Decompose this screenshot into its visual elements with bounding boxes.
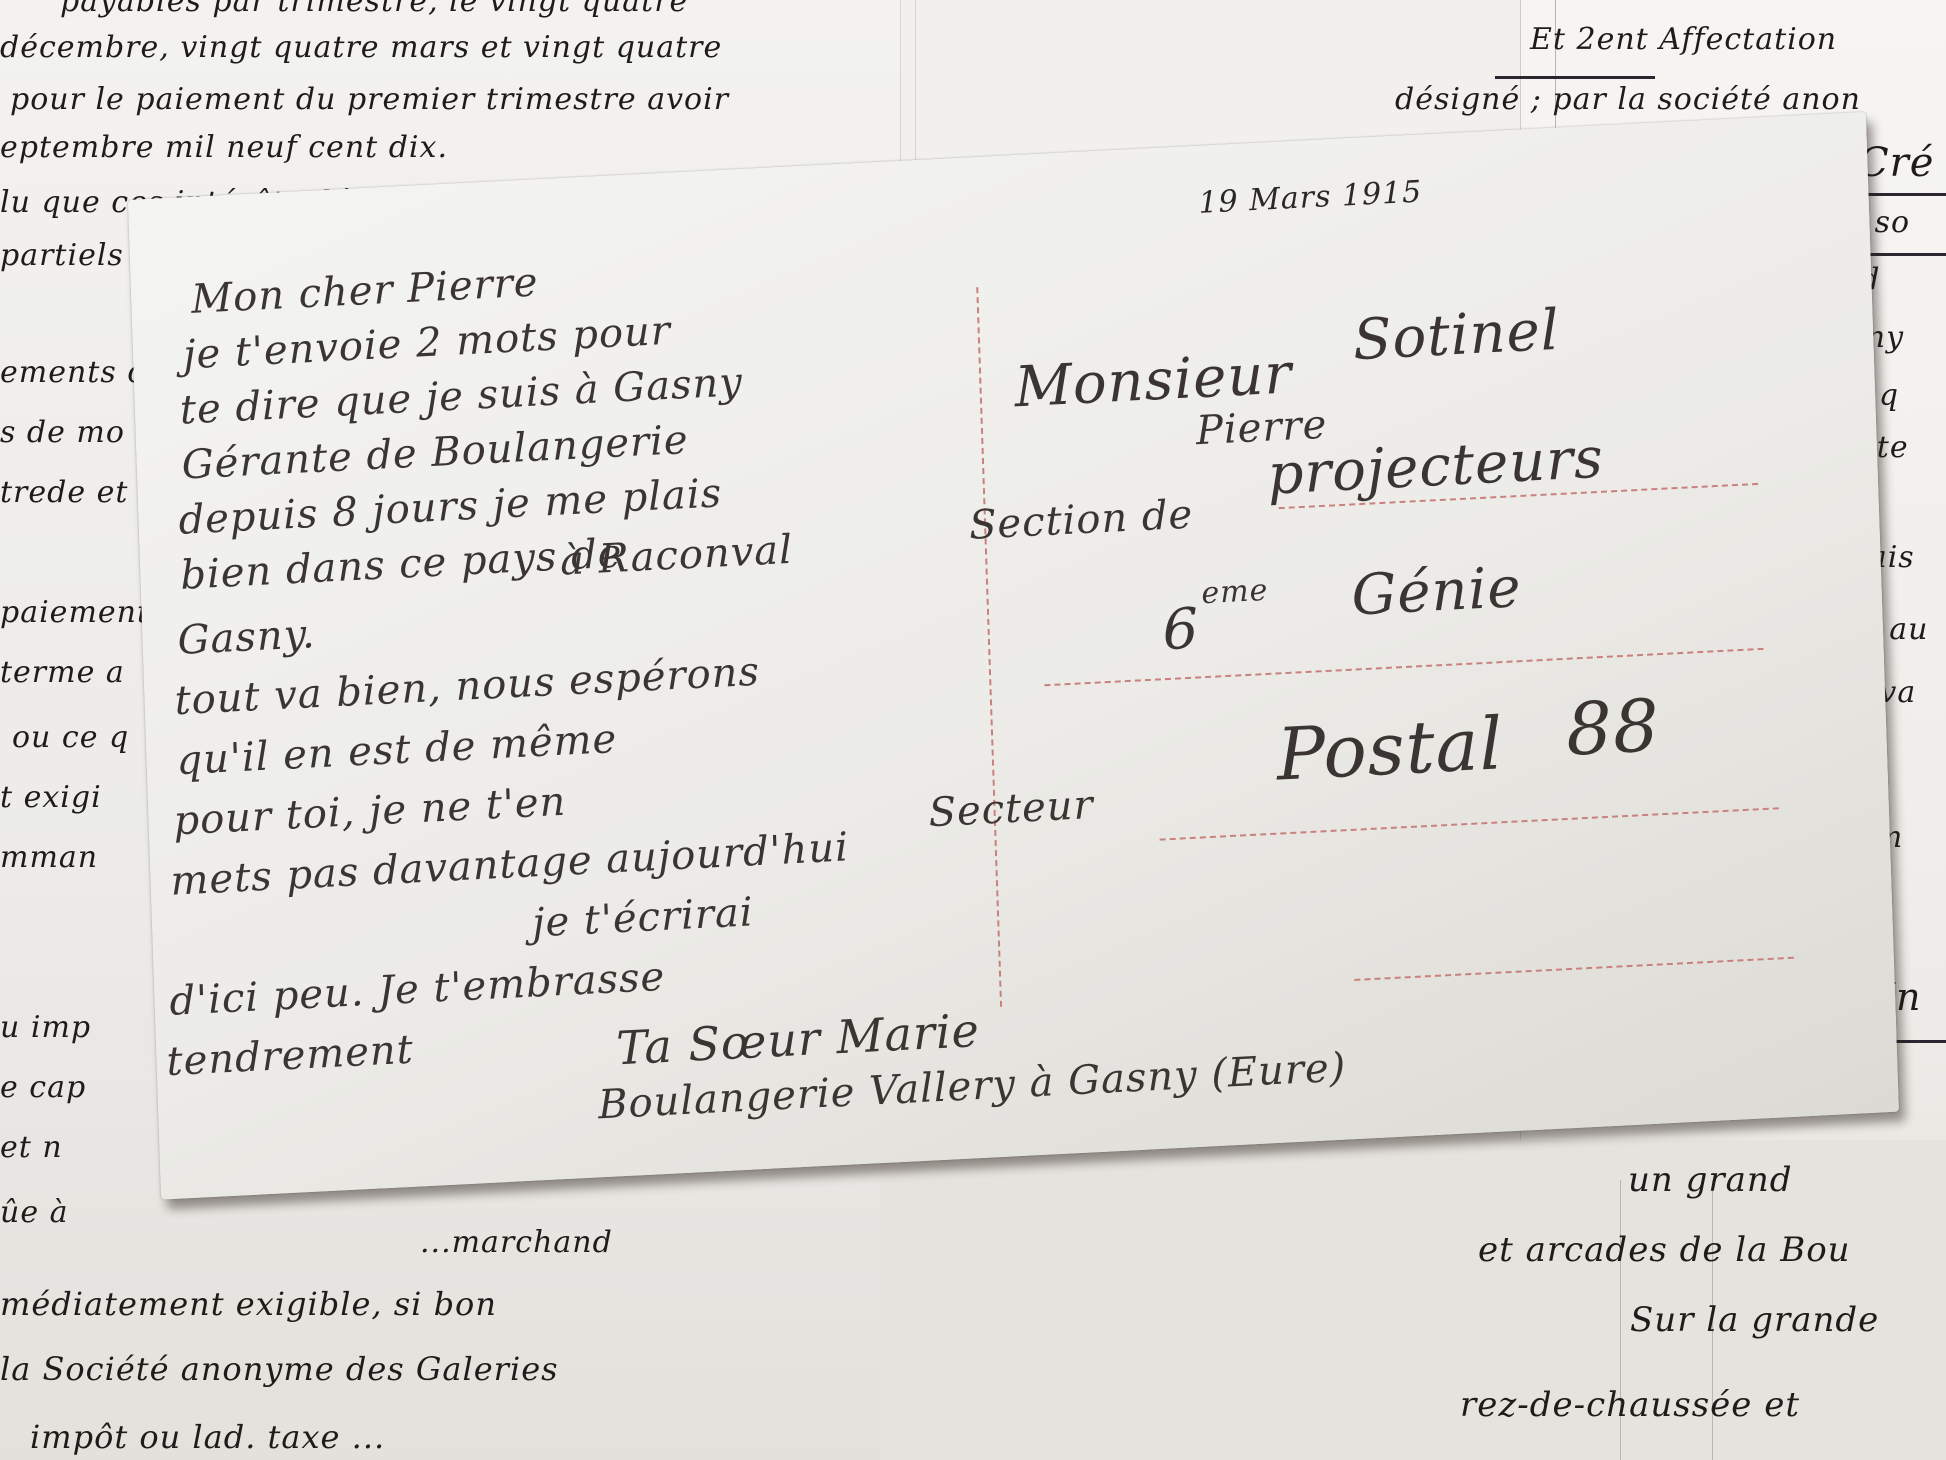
document-text-line: eptembre mil neuf cent dix.: [0, 130, 448, 165]
document-margin-fragment: trede et p: [0, 475, 159, 510]
address-guideline: [1354, 957, 1794, 981]
document-margin-fragment: u imp: [0, 1010, 91, 1045]
document-text-line: payables par trimestre, le vingt quatre: [60, 0, 688, 19]
sector-label: Secteur: [928, 782, 1094, 836]
signature: Ta Sœur Marie: [615, 1003, 980, 1075]
regiment-corps: Génie: [1351, 555, 1523, 629]
document-margin-fragment: terme a: [0, 655, 125, 690]
postcard: 19 Mars 1915 Mon cher Pierre je t'envoie…: [128, 112, 1899, 1200]
address-guideline: [1160, 807, 1779, 840]
postal-sector-number: 88: [1565, 683, 1661, 772]
document-text-line: décembre, vingt quatre mars et vingt qua…: [0, 30, 722, 65]
document-text-line: Et 2ent Affectation: [1530, 22, 1837, 57]
message-line: bien dans ce pays de: [180, 530, 623, 598]
document-margin-fragment: e cap: [0, 1070, 86, 1105]
regiment-ordinal: eme: [1201, 573, 1269, 611]
message-line: tendrement: [166, 1027, 415, 1085]
message-line: pour toi, je ne t'en: [173, 779, 567, 845]
document-text-line: Sur la grande: [1630, 1300, 1879, 1340]
document-heading: Cré: [1858, 140, 1934, 186]
document-margin-fragment: et n: [0, 1130, 63, 1165]
document-text-line: pour le paiement du premier trimestre av…: [10, 82, 729, 117]
document-text-line: désigné ; par la société anon: [1395, 82, 1861, 117]
document-text-line: et arcades de la Bou: [1478, 1230, 1851, 1270]
document-margin-fragment: ûe à: [0, 1195, 69, 1230]
message-line: tout va bien, nous espérons: [174, 649, 761, 725]
document-text-line: médiatement exigible, si bon: [0, 1285, 497, 1323]
message-line: je t'écrirai: [531, 889, 754, 946]
message-line: Gasny.: [177, 611, 316, 664]
document-margin-fragment: ou ce q: [12, 720, 129, 755]
message-line: d'ici peu. Je t'embrasse: [169, 954, 666, 1025]
postcard-date: 19 Mars 1915: [1198, 175, 1423, 221]
recipient-surname: Sotinel: [1352, 298, 1561, 373]
document-margin-fragment: t exigi: [0, 780, 102, 815]
document-text-line: rez-de-chaussée et: [1460, 1385, 1800, 1425]
postcard-center-divider: [976, 287, 1002, 1007]
document-margin-fragment: ements c: [0, 355, 145, 390]
address-guideline: [1044, 648, 1763, 686]
recipient-unit: Section de: [968, 492, 1193, 549]
regiment-number: 6: [1162, 596, 1201, 663]
document-margin-fragment: paiement: [0, 595, 150, 630]
message-line: qu'il en est de même: [176, 716, 618, 784]
postal-label: Postal: [1275, 701, 1504, 796]
document-text-line: un grand: [1628, 1160, 1793, 1200]
document-text-line: la Société anonyme des Galeries: [0, 1350, 559, 1388]
document-margin-fragment: ...marchand: [420, 1225, 613, 1260]
message-line: Mon cher Pierre: [191, 259, 540, 323]
underline-rule: [1495, 76, 1655, 79]
document-margin-fragment: s de mo: [0, 415, 125, 450]
document-margin-fragment: mman: [0, 840, 98, 875]
document-text-line: impôt ou lad. taxe ...: [30, 1418, 385, 1456]
